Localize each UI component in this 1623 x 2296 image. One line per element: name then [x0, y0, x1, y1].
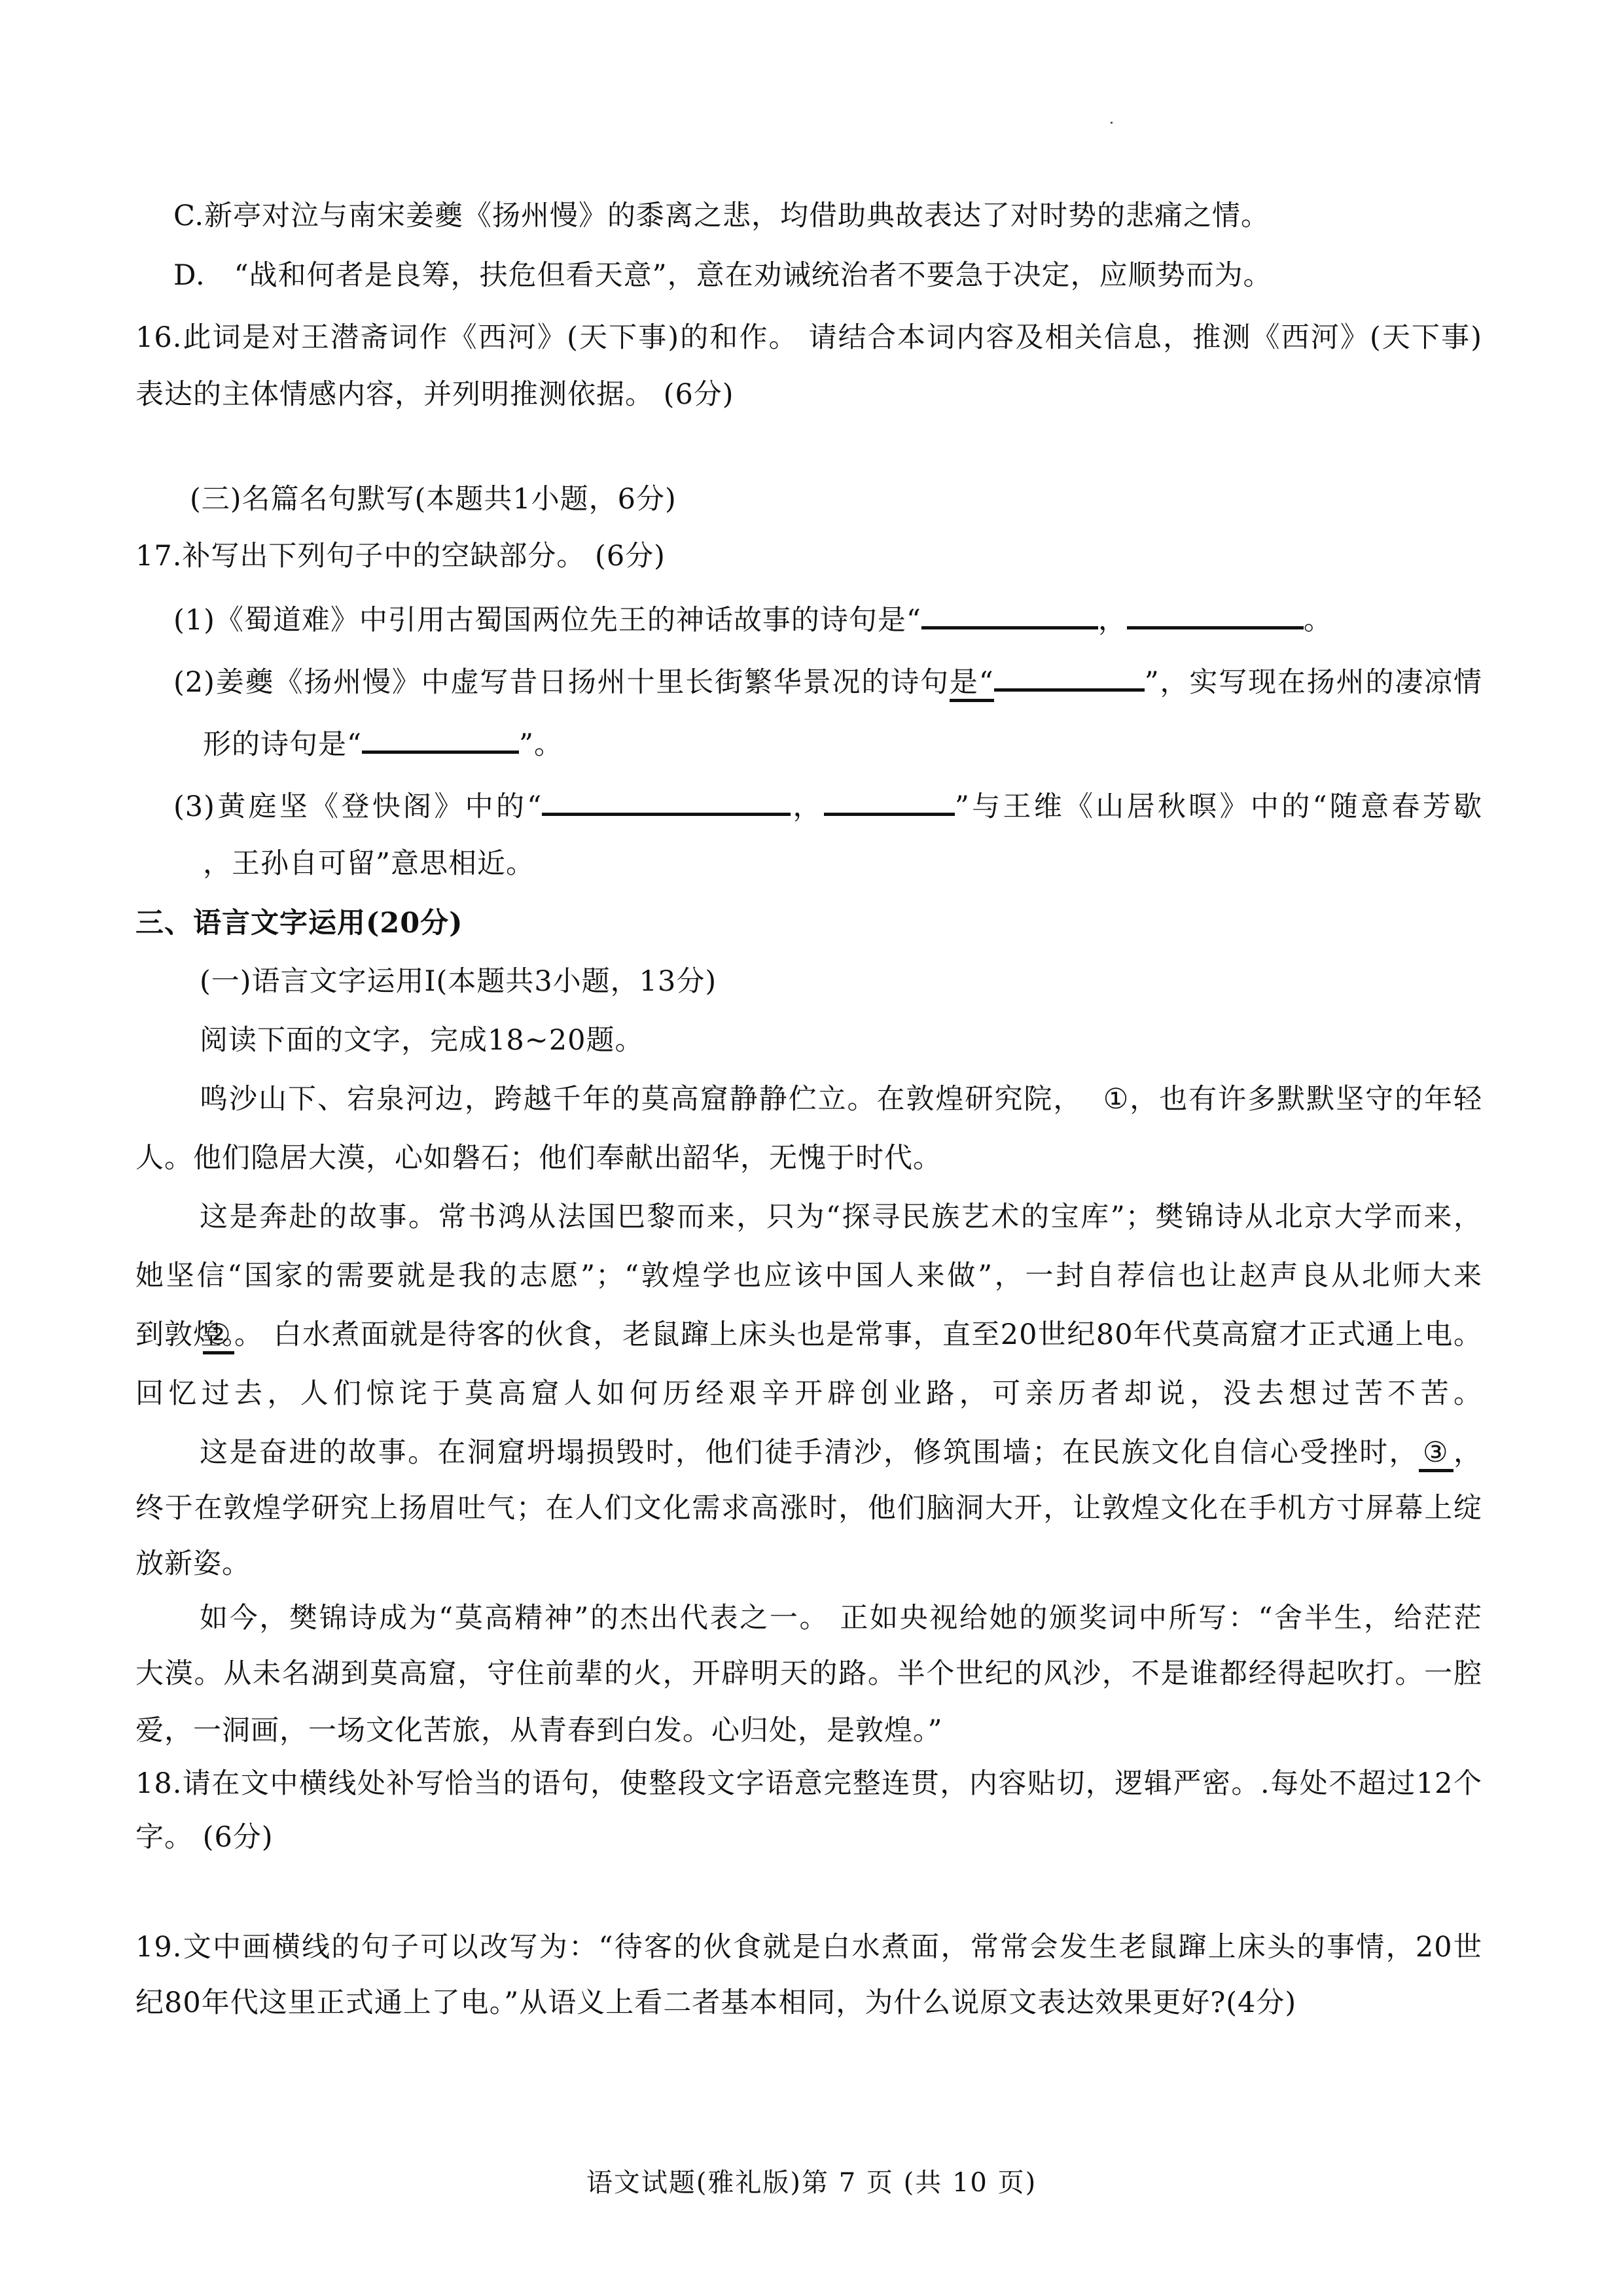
question-17-item3-line2: ，王孙自可留”意思相近。	[203, 845, 535, 882]
scan-speck	[1111, 122, 1113, 124]
answer-blank-2a[interactable]	[994, 662, 1145, 692]
answer-blank-2b[interactable]	[362, 724, 519, 754]
blank-marker-2: ②	[203, 1318, 234, 1354]
passage-p2-line1: 这是奔赴的故事。常书鸿从法国巴黎而来，只为“探寻民族艺术的宝库”；樊锦诗从北京大…	[200, 1199, 1482, 1235]
answer-blank-3a[interactable]	[542, 786, 791, 816]
subsection-heading-recitation: (三)名篇名句默写(本题共1小题，6分)	[190, 481, 677, 518]
blank-marker-3: ③	[1419, 1436, 1454, 1472]
reading-instruction: 阅读下面的文字，完成18~20题。	[200, 1022, 643, 1059]
page-footer: 语文试题(雅礼版)第 7 页 (共 10 页)	[0, 2164, 1623, 2201]
answer-blank-1a[interactable]	[921, 600, 1098, 629]
passage-p1-line1: 鸣沙山下、宕泉河边，跨越千年的莫高窟静静伫立。在敦煌研究院， ①，也有许多默默坚…	[200, 1081, 1482, 1118]
question-19-line1: 19.文中画横线的句子可以改写为：“待客的伙食就是白水煮面，常常会发生老鼠蹿上床…	[135, 1929, 1482, 1966]
item2-mid: ”，实写现在扬州的凄凉情	[1145, 666, 1482, 699]
item2-text: (2)姜夔《扬州慢》中虚写昔日扬州十里长街繁华景况的诗句	[173, 666, 950, 699]
blank-marker-1: ①	[1103, 1081, 1130, 1118]
item1-sep: ，	[1098, 604, 1127, 637]
question-18-line1: 18.请在文中横线处补写恰当的语句，使整段文字语意完整连贯，内容贴切，逻辑严密。…	[135, 1765, 1482, 1802]
option-c: C.新亭对泣与南宋姜夔《扬州慢》的黍离之悲，均借助典故表达了对时势的悲痛之情。	[173, 198, 1270, 234]
item3-suffix: ”与王维《山居秋暝》中的“随意春芳歇	[955, 790, 1482, 823]
passage-text: 鸣沙山下、宕泉河边，跨越千年的莫高窟静静伫立。在敦煌研究院，	[200, 1083, 1082, 1116]
question-17-item1: (1)《蜀道难》中引用古蜀国两位先王的神话故事的诗句是“，。	[173, 600, 1332, 639]
question-17-item2-line2: 形的诗句是“”。	[203, 724, 563, 763]
answer-blank-3b[interactable]	[824, 786, 955, 816]
passage-text: 这是奋进的故事。在洞窟坍塌损毁时，他们徒手清沙，修筑围墙；在民族文化自信心受挫时…	[200, 1436, 1419, 1469]
passage-p4-line1: 这是奋进的故事。在洞窟坍塌损毁时，他们徒手清沙，修筑围墙；在民族文化自信心受挫时…	[200, 1434, 1482, 1471]
question-17-item3: (3)黄庭坚《登快阁》中的“，”与王维《山居秋暝》中的“随意春芳歇	[173, 786, 1482, 825]
item2-line2-suffix: ”。	[519, 728, 563, 761]
option-d-text: “战和何者是良筹，扶危但看天意”，意在劝诫统治者不要急于决定，应顺势而为。	[234, 259, 1272, 292]
option-d: D. “战和何者是良筹，扶危但看天意”，意在劝诫统治者不要急于决定，应顺势而为。	[173, 257, 1272, 294]
option-d-label: D.	[173, 259, 205, 292]
item3-text: (3)黄庭坚《登快阁》中的“	[173, 790, 542, 823]
passage-p5-line2: 大漠。从未名湖到莫高窟，守住前辈的火，开辟明天的路。半个世纪的风沙，不是谁都经得…	[135, 1655, 1482, 1692]
passage-p5-line1: 如今，樊锦诗成为“莫高精神”的杰出代表之一。 正如央视给她的颁奖词中所写：“舍半…	[200, 1600, 1482, 1636]
question-17-stem: 17.补写出下列句子中的空缺部分。 (6分)	[135, 538, 666, 574]
passage-p5-line3: 爱，一洞画，一场文化苦旅，从青春到白发。心归处，是敦煌。”	[135, 1712, 942, 1749]
question-19-line2: 纪80年代这里正式通上了电。”从语义上看二者基本相同，为什么说原文表达效果更好?…	[135, 1985, 1296, 2021]
answer-blank-1b[interactable]	[1127, 600, 1304, 629]
passage-p1-line2: 人。他们隐居大漠，心如磐石；他们奉献出韶华，无愧于时代。	[135, 1140, 942, 1176]
passage-p4-line3: 放新姿。	[135, 1545, 251, 1582]
passage-text: ，	[1454, 1436, 1482, 1469]
item3-sep: ，	[791, 790, 824, 823]
subsection-heading-language-use-1: (一)语言文字运用Ⅰ(本题共3小题，13分)	[200, 963, 717, 1000]
question-16-line1: 16.此词是对王潜斋词作《西河》(天下事)的和作。 请结合本词内容及相关信息，推…	[135, 319, 1482, 356]
item1-text: (1)《蜀道难》中引用古蜀国两位先王的神话故事的诗句是“	[173, 604, 921, 637]
passage-p3-line1: ②。 白水煮面就是待客的伙食，老鼠蹿上床头也是常事，直至20世纪80年代莫高窟才…	[203, 1316, 1482, 1353]
passage-text: 。 白水煮面就是待客的伙食，老鼠蹿上床头也是常事，直至20世纪80年代莫高窟才正…	[234, 1318, 1482, 1351]
item2-line2-text: 形的诗句是“	[203, 728, 362, 761]
item2-underlined: 是“	[950, 666, 994, 702]
section-heading-language-use: 三、语言文字运用(20分)	[135, 905, 463, 942]
passage-p2-line2: 她坚信“国家的需要就是我的志愿”；“敦煌学也应该中国人来做”，一封自荐信也让赵声…	[135, 1258, 1482, 1294]
passage-text: ，也有许多默默坚守的年轻	[1129, 1083, 1482, 1116]
question-16-line2: 表达的主体情感内容，并列明推测依据。 (6分)	[135, 376, 734, 413]
passage-p4-line2: 终于在敦煌学研究上扬眉吐气；在人们文化需求高涨时，他们脑洞大开，让敦煌文化在手机…	[135, 1490, 1482, 1527]
passage-p3-line2: 回忆过去，人们惊诧于莫高窟人如何历经艰辛开辟创业路，可亲历者却说，没去想过苦不苦…	[135, 1375, 1482, 1412]
question-18-line2: 字。 (6分)	[135, 1819, 274, 1856]
item1-suffix: 。	[1304, 604, 1332, 637]
question-17-item2: (2)姜夔《扬州慢》中虚写昔日扬州十里长街繁华景况的诗句是“”，实写现在扬州的凄…	[173, 662, 1482, 701]
